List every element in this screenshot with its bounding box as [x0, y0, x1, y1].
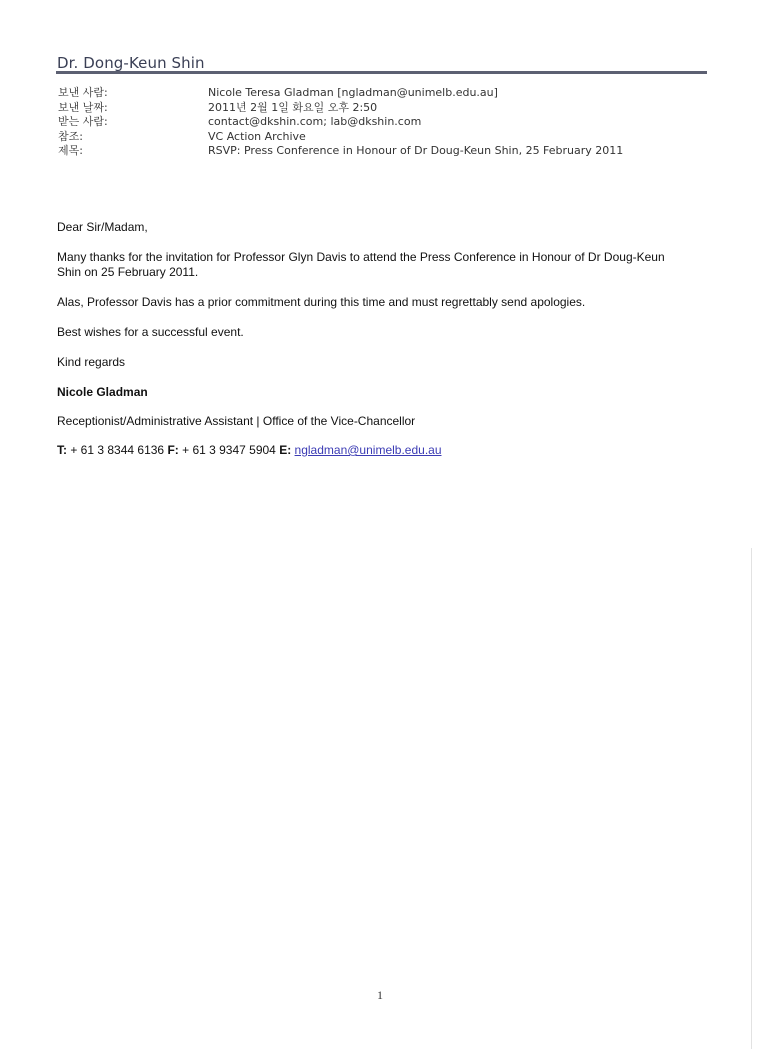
signature-contact: T: + 61 3 8344 6136 F: + 61 3 9347 5904 …: [57, 443, 687, 457]
email-label: E:: [279, 443, 291, 457]
to-row: 받는 사람: contact@dkshin.com; lab@dkshin.co…: [58, 115, 623, 130]
cc-row: 참조: VC Action Archive: [58, 130, 623, 145]
sent-row: 보낸 날짜: 2011년 2월 1일 화요일 오후 2:50: [58, 101, 623, 116]
subject-value: RSVP: Press Conference in Honour of Dr D…: [208, 144, 623, 159]
email-body: Dear Sir/Madam, Many thanks for the invi…: [57, 220, 687, 472]
cc-value: VC Action Archive: [208, 130, 306, 145]
subject-label: 제목:: [58, 144, 208, 159]
signature-title: Receptionist/Administrative Assistant | …: [57, 414, 687, 428]
body-paragraph: Alas, Professor Davis has a prior commit…: [57, 295, 687, 310]
scan-edge-line: [751, 548, 752, 1049]
page-title: Dr. Dong-Keun Shin: [57, 54, 205, 72]
to-label: 받는 사람:: [58, 115, 208, 130]
signature-name: Nicole Gladman: [57, 385, 687, 399]
email-header-fields: 보낸 사람: Nicole Teresa Gladman [ngladman@u…: [58, 86, 623, 159]
body-paragraph: Best wishes for a successful event.: [57, 325, 687, 340]
greeting: Dear Sir/Madam,: [57, 220, 687, 235]
from-value: Nicole Teresa Gladman [ngladman@unimelb.…: [208, 86, 498, 101]
subject-row: 제목: RSVP: Press Conference in Honour of …: [58, 144, 623, 159]
from-row: 보낸 사람: Nicole Teresa Gladman [ngladman@u…: [58, 86, 623, 101]
signature: Nicole Gladman Receptionist/Administrati…: [57, 385, 687, 457]
phone-label: T:: [57, 443, 67, 457]
to-value: contact@dkshin.com; lab@dkshin.com: [208, 115, 421, 130]
body-paragraph: Many thanks for the invitation for Profe…: [57, 250, 687, 280]
cc-label: 참조:: [58, 130, 208, 145]
from-label: 보낸 사람:: [58, 86, 208, 101]
email-link[interactable]: ngladman@unimelb.edu.au: [295, 443, 442, 457]
phone-number: + 61 3 8344 6136: [67, 443, 167, 457]
fax-label: F:: [167, 443, 178, 457]
sent-label: 보낸 날짜:: [58, 101, 208, 116]
page-number: 1: [377, 988, 383, 1003]
fax-number: + 61 3 9347 5904: [179, 443, 279, 457]
sent-value: 2011년 2월 1일 화요일 오후 2:50: [208, 101, 377, 116]
title-divider: [56, 71, 707, 74]
closing: Kind regards: [57, 355, 687, 370]
